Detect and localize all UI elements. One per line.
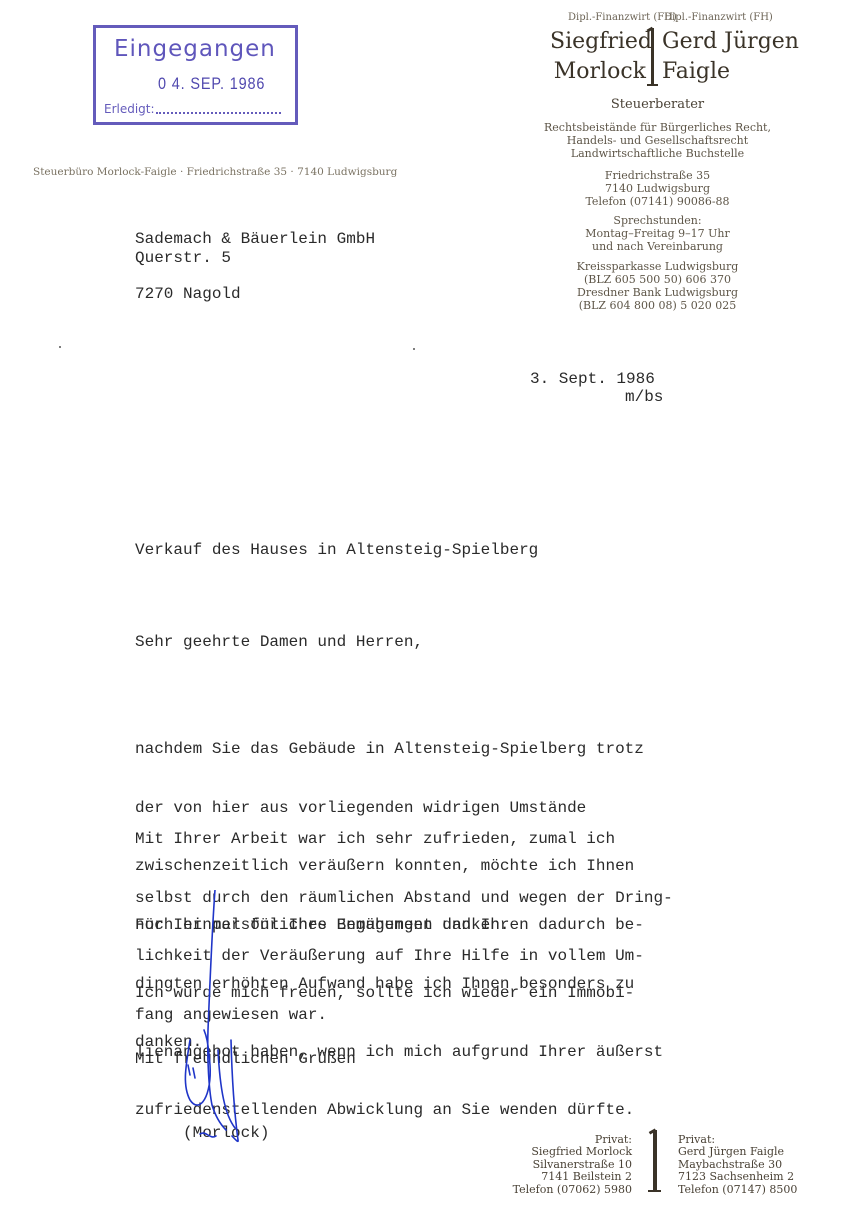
office-phone: Telefon (07141) 90086-88 [530, 195, 785, 208]
recipient-street: Querstr. 5 [135, 248, 231, 268]
body-line: Für Ihr persönliches Engagement und Ihre… [135, 916, 644, 936]
received-stamp: Eingegangen 0 4. SEP. 1986 Erledigt: [93, 25, 298, 125]
stamp-done-line [156, 112, 281, 114]
office-address-block: Friedrichstraße 35 7140 Ludwigsburg Tele… [530, 169, 785, 208]
fold-mark [413, 348, 415, 350]
hours-line: Sprechstunden: [530, 214, 785, 227]
letterhead-divider [651, 28, 654, 86]
recipient-city: 7270 Nagold [135, 284, 241, 304]
stamp-date: 0 4. SEP. 1986 [158, 74, 265, 94]
bank-block: Kreissparkasse Ludwigsburg (BLZ 605 500 … [530, 260, 785, 312]
footer-private-right: Privat: Gerd Jürgen Faigle Maybachstraße… [678, 1134, 838, 1196]
stamp-done-label: Erledigt: [104, 102, 155, 116]
fold-mark [59, 346, 61, 348]
body-line: Ich würde mich freuen, sollte ich wieder… [135, 984, 663, 1004]
subject-line: Verkauf des Hauses in Altensteig-Spielbe… [135, 541, 538, 561]
partner1-qualification: Dipl.-Finanzwirt (FH) [568, 12, 677, 23]
office-hours-block: Sprechstunden: Montag–Freitag 9–17 Uhr u… [530, 214, 785, 253]
paragraph-4: Ich würde mich freuen, sollte ich wieder… [135, 945, 663, 1140]
reference-code: m/bs [625, 388, 663, 408]
recipient-name: Sademach & Bäuerlein GmbH [135, 229, 375, 249]
bank-line: Dresdner Bank Ludwigsburg [530, 286, 785, 299]
footer-line: Gerd Jürgen Faigle [678, 1146, 838, 1158]
body-line: zufriedenstellenden Abwicklung an Sie we… [135, 1101, 663, 1121]
bank-line: (BLZ 605 500 50) 606 370 [530, 273, 785, 286]
office-city: 7140 Ludwigsburg [530, 182, 785, 195]
partner2-qualification: Dipl.-Finanzwirt (FH) [664, 12, 773, 23]
service-line: Landwirtschaftliche Buchstelle [530, 147, 785, 160]
closing: Mit freundlichen Grüßen [135, 1050, 356, 1070]
partner1-first-name: Siegfried [550, 27, 646, 57]
service-line: Handels- und Gesellschaftsrecht [530, 134, 785, 147]
service-line: Rechtsbeistände für Bürgerliches Recht, [530, 121, 785, 134]
body-line: nachdem Sie das Gebäude in Altensteig-Sp… [135, 740, 644, 760]
bank-line: Kreissparkasse Ludwigsburg [530, 260, 785, 273]
hours-line: und nach Vereinbarung [530, 240, 785, 253]
sender-return-line: Steuerbüro Morlock-Faigle · Friedrichstr… [33, 166, 397, 178]
salutation: Sehr geehrte Damen und Herren, [135, 633, 423, 653]
bank-line: (BLZ 604 800 08) 5 020 025 [530, 299, 785, 312]
services-block: Rechtsbeistände für Bürgerliches Recht, … [530, 121, 785, 160]
footer-divider [653, 1130, 657, 1192]
footer-line: Siegfried Morlock [480, 1146, 632, 1158]
office-street: Friedrichstraße 35 [530, 169, 785, 182]
signatory-name: (Morlock) [183, 1124, 269, 1144]
footer-line: 7141 Beilstein 2 [480, 1171, 632, 1183]
footer-line: Telefon (07062) 5980 [480, 1184, 632, 1196]
footer-line: 7123 Sachsenheim 2 [678, 1171, 838, 1183]
footer-line: Telefon (07147) 8500 [678, 1184, 838, 1196]
body-line: Mit Ihrer Arbeit war ich sehr zufrieden,… [135, 830, 673, 850]
partner2-first-name: Gerd Jürgen [662, 27, 799, 57]
letter-date: 3. Sept. 1986 [530, 370, 655, 390]
partner1-last-name: Morlock [550, 57, 646, 87]
profession: Steuerberater [530, 98, 785, 111]
stamp-title: Eingegangen [114, 36, 276, 62]
hours-line: Montag–Freitag 9–17 Uhr [530, 227, 785, 240]
footer-private-left: Privat: Siegfried Morlock Silvanerstraße… [480, 1134, 632, 1196]
partner2-last-name: Faigle [662, 57, 730, 87]
